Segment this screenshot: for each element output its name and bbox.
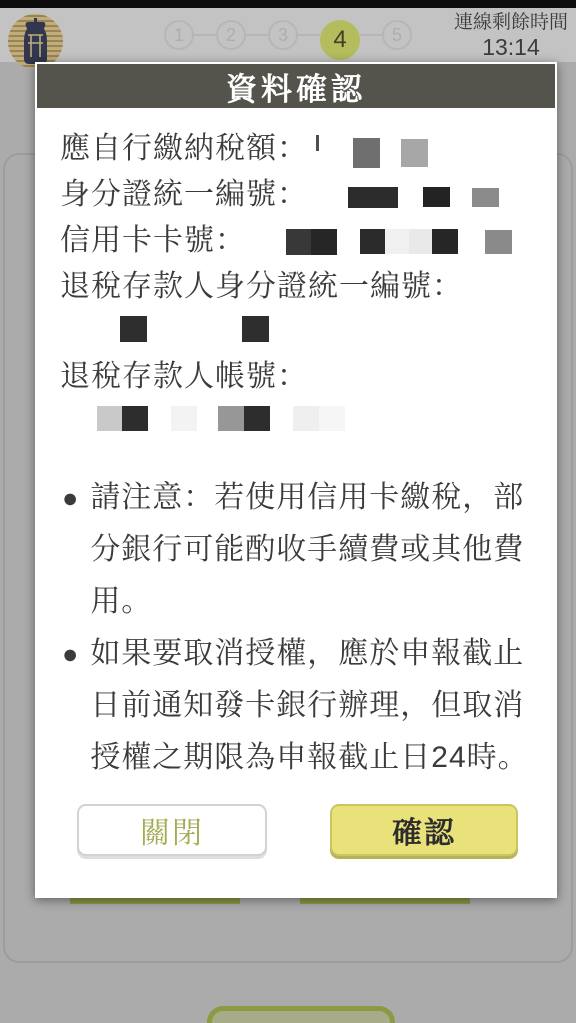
timer-value: 13:14 — [454, 34, 568, 60]
redaction-block — [472, 188, 499, 207]
field-tax-due-redacted-value — [308, 132, 428, 166]
field-refund-account-label: 退稅存款人帳號： — [60, 360, 308, 394]
field-refund-id-label: 退稅存款人身分證統一編號： — [60, 270, 463, 304]
redaction-block — [171, 406, 197, 431]
redaction-block — [293, 406, 319, 431]
redaction-block — [316, 135, 319, 151]
bullet-icon: ● — [62, 628, 78, 680]
confirm-button[interactable]: 確認 — [330, 804, 518, 856]
redaction-block — [286, 229, 311, 255]
redaction-block — [122, 406, 148, 431]
redaction-block — [485, 230, 512, 254]
step-connector — [194, 34, 216, 36]
field-refund-account: 退稅存款人帳號： — [60, 360, 534, 394]
note-cancel-authorization: ● 如果要取消授權，應於申報截止日前通知發卡銀行辦理，但取消授權之期限為申報截止… — [60, 628, 534, 784]
note-credit-card-fee: ● 請注意：若使用信用卡繳稅，部分銀行可能酌收手續費或其他費用。 — [60, 472, 534, 628]
step-connector — [360, 34, 382, 36]
session-timer: 連線剩餘時間 13:14 — [454, 12, 568, 60]
notes-list: ● 請注意：若使用信用卡繳稅，部分銀行可能酌收手續費或其他費用。 ● 如果要取消… — [60, 472, 534, 784]
redaction-block — [97, 406, 122, 431]
confirmation-dialog: 資料確認 應自行繳納稅額： 身分證統一編號： 信用卡卡號： 退稅存款人身分證統一… — [35, 62, 557, 898]
redaction-block — [120, 316, 147, 342]
step-connector — [298, 34, 320, 36]
step-3: 3 — [268, 20, 298, 50]
field-refund-id-redacted-value — [60, 316, 534, 342]
redaction-block — [244, 406, 270, 431]
redaction-block — [432, 229, 458, 254]
redaction-block — [360, 229, 385, 254]
field-tax-due-label: 應自行繳納稅額： — [60, 132, 308, 166]
field-id-number-label: 身分證統一編號： — [60, 178, 308, 212]
redaction-block — [319, 406, 345, 431]
redaction-block — [348, 187, 398, 208]
background-button-peek-bottom — [207, 1006, 395, 1023]
dialog-title: 資料確認 — [37, 64, 555, 108]
redaction-block — [409, 229, 432, 254]
redaction-block — [423, 187, 450, 207]
close-button[interactable]: 關閉 — [77, 804, 267, 856]
redaction-block — [218, 406, 244, 431]
field-credit-card-label: 信用卡卡號： — [60, 224, 246, 258]
timer-label: 連線剩餘時間 — [454, 12, 568, 34]
step-5: 5 — [382, 20, 412, 50]
step-1: 1 — [164, 20, 194, 50]
field-refund-id: 退稅存款人身分證統一編號： — [60, 270, 534, 304]
step-2: 2 — [216, 20, 246, 50]
redaction-block — [401, 139, 428, 167]
field-credit-card-redacted-value — [246, 224, 512, 258]
field-credit-card: 信用卡卡號： — [60, 224, 534, 258]
redaction-block — [242, 316, 269, 342]
redaction-block — [353, 138, 380, 168]
dialog-body: 應自行繳納稅額： 身分證統一編號： 信用卡卡號： 退稅存款人身分證統一編號： 退… — [37, 108, 555, 856]
field-tax-due: 應自行繳納稅額： — [60, 132, 534, 166]
dialog-actions: 關閉 確認 — [60, 804, 534, 856]
redaction-block — [311, 229, 337, 255]
bullet-icon: ● — [62, 472, 78, 524]
step-connector — [246, 34, 268, 36]
field-id-number: 身分證統一編號： — [60, 178, 534, 212]
status-bar-strip — [0, 0, 576, 8]
screen: 12345 連線剩餘時間 13:14 資料確認 應自行繳納稅額： 身分證統一編號… — [0, 0, 576, 1023]
field-refund-account-redacted-value — [60, 406, 534, 432]
step-4-active: 4 — [320, 20, 360, 60]
redaction-block — [385, 229, 409, 254]
field-id-number-redacted-value — [308, 178, 499, 212]
